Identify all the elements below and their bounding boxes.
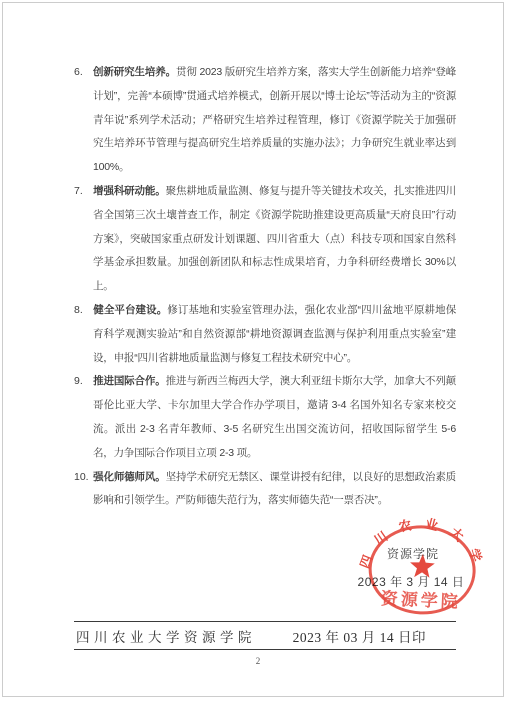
item-lead: 增强科研动能。 bbox=[93, 185, 166, 197]
item-lead: 创新研究生培养。 bbox=[93, 66, 176, 78]
item-number: 8. bbox=[74, 299, 93, 323]
list-item: 7.增强科研动能。聚焦耕地质量监测、修复与提升等关键技术攻关，扎实推进四川省全国… bbox=[74, 180, 456, 299]
document-body: 6.创新研究生培养。贯彻 2023 版研究生培养方案，落实大学生创新能力培养“登… bbox=[74, 61, 456, 513]
item-number: 6. bbox=[74, 61, 93, 85]
item-text: 推进与新西兰梅西大学，澳大利亚纽卡斯尔大学，加拿大不列颠哥伦比亚大学、卡尔加里大… bbox=[93, 375, 456, 458]
seal-star-icon bbox=[409, 553, 435, 578]
footer: 四川农业大学资源学院 2023 年 03 月 14 日印 bbox=[74, 621, 456, 650]
item-text: 贯彻 2023 版研究生培养方案，落实大学生创新能力培养“登峰计划”，完善“本硕… bbox=[93, 66, 456, 173]
list-item: 8.健全平台建设。修订基地和实验室管理办法，强化农业部“四川盆地平原耕地保育科学… bbox=[74, 299, 456, 370]
item-number: 10. bbox=[74, 466, 93, 490]
footer-issuer: 四川农业大学资源学院 bbox=[76, 626, 256, 646]
document-page: 6.创新研究生培养。贯彻 2023 版研究生培养方案，落实大学生创新能力培养“登… bbox=[2, 2, 504, 697]
seal-department-text: 资源学院 bbox=[380, 588, 461, 611]
item-lead: 健全平台建设。 bbox=[93, 304, 167, 316]
item-number: 9. bbox=[74, 370, 93, 394]
item-text: 聚焦耕地质量监测、修复与提升等关键技术攻关，扎实推进四川省全国第三次土壤普查工作… bbox=[93, 185, 456, 292]
footer-print-date: 2023 年 03 月 14 日印 bbox=[293, 626, 426, 646]
item-lead: 推进国际合作。 bbox=[93, 375, 166, 387]
list-item: 10.强化师德师风。坚持学术研究无禁区、课堂讲授有纪律，以良好的思想政治素质影响… bbox=[74, 466, 456, 514]
page-number: 2 bbox=[248, 656, 268, 666]
item-lead: 强化师德师风。 bbox=[93, 471, 166, 483]
item-number: 7. bbox=[74, 180, 93, 204]
list-item: 6.创新研究生培养。贯彻 2023 版研究生培养方案，落实大学生创新能力培养“登… bbox=[74, 61, 456, 180]
list-item: 9.推进国际合作。推进与新西兰梅西大学，澳大利亚纽卡斯尔大学，加拿大不列颠哥伦比… bbox=[74, 370, 456, 465]
official-seal: 四川农业大学 资源学院 bbox=[357, 512, 492, 634]
